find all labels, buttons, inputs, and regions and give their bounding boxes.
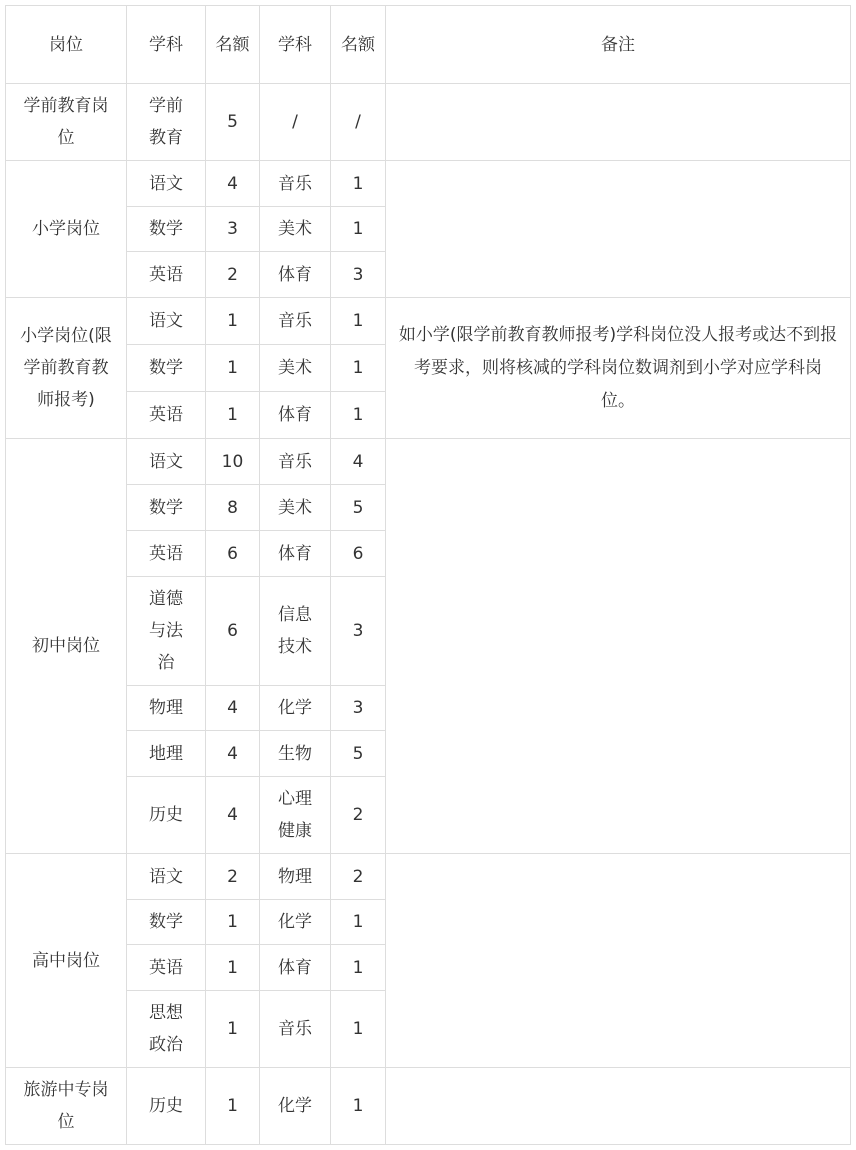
quota-a-cell: 2 <box>206 252 260 298</box>
subject-a-cell: 语文 <box>127 439 206 485</box>
subject-a-cell: 数学 <box>127 345 206 392</box>
quota-a-cell: 1 <box>206 345 260 392</box>
header-subject-a: 学科 <box>127 6 206 84</box>
subject-a-cell: 历史 <box>127 1068 206 1145</box>
subject-a-cell: 语文 <box>127 854 206 900</box>
quota-a-cell: 5 <box>206 84 260 161</box>
header-quota-a: 名额 <box>206 6 260 84</box>
subject-b-cell: 生物 <box>260 731 331 777</box>
note-cell: 如小学(限学前教育教师报考)学科岗位没人报考或达不到报考要求，则将核减的学科岗位… <box>386 298 851 439</box>
subject-a-cell: 语文 <box>127 298 206 345</box>
subject-b-cell: 化学 <box>260 1068 331 1145</box>
subject-b-cell: 美术 <box>260 485 331 531</box>
note-cell <box>386 84 851 161</box>
subject-b-cell: 音乐 <box>260 161 331 207</box>
quota-a-cell: 4 <box>206 731 260 777</box>
subject-a-cell: 地理 <box>127 731 206 777</box>
subject-a-cell: 语文 <box>127 161 206 207</box>
header-subject-b: 学科 <box>260 6 331 84</box>
quota-b-cell: 5 <box>331 731 386 777</box>
subject-b-cell: 心理健康 <box>260 777 331 854</box>
header-note: 备注 <box>386 6 851 84</box>
subject-a-cell: 数学 <box>127 485 206 531</box>
quota-b-cell: 5 <box>331 485 386 531</box>
header-position: 岗位 <box>6 6 127 84</box>
quota-b-cell: 1 <box>331 991 386 1068</box>
quota-b-cell: 2 <box>331 854 386 900</box>
quota-b-cell: 1 <box>331 1068 386 1145</box>
position-cell: 初中岗位 <box>6 439 127 854</box>
quota-b-cell: 3 <box>331 252 386 298</box>
subject-a-cell: 道德与法治 <box>127 577 206 686</box>
subject-b-cell: 美术 <box>260 207 331 252</box>
subject-b-cell: 体育 <box>260 392 331 439</box>
quota-b-cell: / <box>331 84 386 161</box>
subject-a-cell: 英语 <box>127 252 206 298</box>
table-row: 高中岗位 语文 2 物理 2 <box>6 854 851 900</box>
subject-a-cell: 英语 <box>127 945 206 991</box>
quota-a-cell: 4 <box>206 161 260 207</box>
quota-a-cell: 6 <box>206 531 260 577</box>
header-quota-b: 名额 <box>331 6 386 84</box>
quota-a-cell: 1 <box>206 945 260 991</box>
subject-b-cell: / <box>260 84 331 161</box>
quota-a-cell: 1 <box>206 298 260 345</box>
quota-b-cell: 6 <box>331 531 386 577</box>
quota-a-cell: 2 <box>206 854 260 900</box>
subject-b-cell: 音乐 <box>260 991 331 1068</box>
subject-b-cell: 化学 <box>260 900 331 945</box>
quota-b-cell: 1 <box>331 207 386 252</box>
recruitment-quota-table: 岗位 学科 名额 学科 名额 备注 学前教育岗位 学前教育 5 / / 小学岗位… <box>5 5 851 1145</box>
quota-b-cell: 1 <box>331 945 386 991</box>
position-cell: 高中岗位 <box>6 854 127 1068</box>
subject-a-cell: 思想政治 <box>127 991 206 1068</box>
subject-b-cell: 体育 <box>260 531 331 577</box>
quota-a-cell: 1 <box>206 392 260 439</box>
table-row: 旅游中专岗位 历史 1 化学 1 <box>6 1068 851 1145</box>
quota-a-cell: 1 <box>206 900 260 945</box>
quota-b-cell: 1 <box>331 161 386 207</box>
position-cell: 旅游中专岗位 <box>6 1068 127 1145</box>
subject-b-cell: 音乐 <box>260 298 331 345</box>
subject-b-cell: 信息技术 <box>260 577 331 686</box>
position-cell: 学前教育岗位 <box>6 84 127 161</box>
note-cell <box>386 439 851 854</box>
table-row: 小学岗位 语文 4 音乐 1 <box>6 161 851 207</box>
quota-a-cell: 10 <box>206 439 260 485</box>
quota-a-cell: 3 <box>206 207 260 252</box>
quota-b-cell: 3 <box>331 686 386 731</box>
quota-b-cell: 4 <box>331 439 386 485</box>
quota-b-cell: 1 <box>331 345 386 392</box>
subject-a-cell: 英语 <box>127 531 206 577</box>
subject-b-cell: 美术 <box>260 345 331 392</box>
subject-b-cell: 物理 <box>260 854 331 900</box>
quota-b-cell: 1 <box>331 392 386 439</box>
table-row: 小学岗位(限学前教育教师报考) 语文 1 音乐 1 如小学(限学前教育教师报考)… <box>6 298 851 345</box>
subject-b-cell: 体育 <box>260 252 331 298</box>
note-cell <box>386 854 851 1068</box>
quota-b-cell: 3 <box>331 577 386 686</box>
subject-a-cell: 英语 <box>127 392 206 439</box>
subject-b-cell: 体育 <box>260 945 331 991</box>
quota-a-cell: 4 <box>206 686 260 731</box>
subject-a-cell: 数学 <box>127 900 206 945</box>
quota-a-cell: 8 <box>206 485 260 531</box>
subject-a-cell: 物理 <box>127 686 206 731</box>
subject-b-cell: 化学 <box>260 686 331 731</box>
quota-a-cell: 4 <box>206 777 260 854</box>
quota-b-cell: 1 <box>331 900 386 945</box>
position-cell: 小学岗位 <box>6 161 127 298</box>
note-cell <box>386 161 851 298</box>
subject-a-cell: 数学 <box>127 207 206 252</box>
table-row: 学前教育岗位 学前教育 5 / / <box>6 84 851 161</box>
header-row: 岗位 学科 名额 学科 名额 备注 <box>6 6 851 84</box>
quota-a-cell: 6 <box>206 577 260 686</box>
position-cell: 小学岗位(限学前教育教师报考) <box>6 298 127 439</box>
quota-b-cell: 2 <box>331 777 386 854</box>
subject-a-cell: 历史 <box>127 777 206 854</box>
note-cell <box>386 1068 851 1145</box>
quota-a-cell: 1 <box>206 991 260 1068</box>
quota-a-cell: 1 <box>206 1068 260 1145</box>
subject-b-cell: 音乐 <box>260 439 331 485</box>
table-row: 初中岗位 语文 10 音乐 4 <box>6 439 851 485</box>
quota-b-cell: 1 <box>331 298 386 345</box>
subject-a-cell: 学前教育 <box>127 84 206 161</box>
